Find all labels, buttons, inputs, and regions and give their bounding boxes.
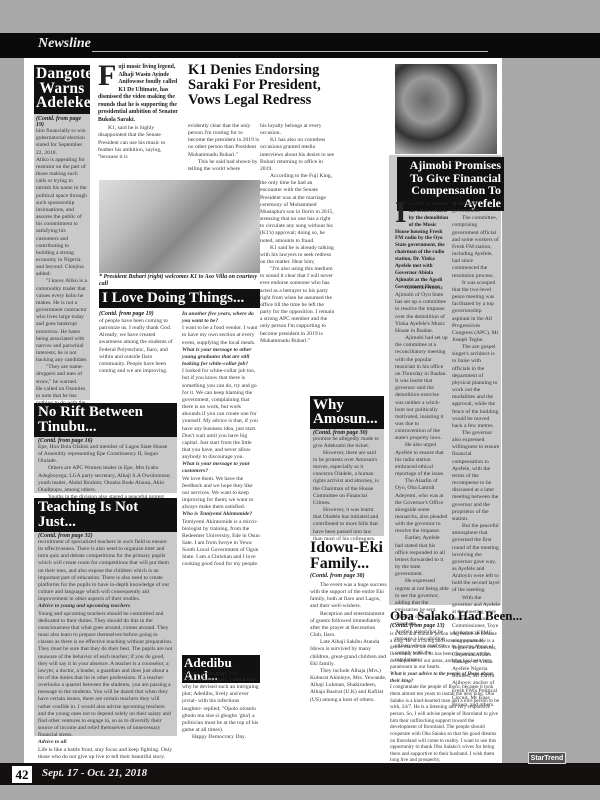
issue-date: Sept. 17 - Oct. 21, 2018 [42, 767, 147, 779]
body-dangote: him financially to win gubernatorial ele… [36, 128, 88, 436]
para-k1: K1, said he is highly disappointed that … [98, 125, 180, 161]
headline-tinubu: No Rift Between Tinubu... [34, 403, 177, 437]
article-dangote: Dangote Warns Adeleke... (Contd. from pa… [34, 65, 90, 400]
body-k1-col2: his loyalty belongs at every occasion. K… [260, 123, 335, 345]
publication-logo: StarTrend [528, 752, 566, 764]
section-title: Newsline [38, 36, 91, 52]
page-number: 42 [12, 766, 32, 783]
headline-dangote: Dangote Warns Adeleke... [34, 65, 90, 114]
body-idowu: The event was a huge success with the su… [310, 582, 388, 704]
caption-k1: * President Buhari (right) welcomes K1 t… [99, 274, 260, 288]
contd-love: (Contd. from page 19) [99, 311, 179, 317]
body-k1-col1: evidently clear that the only person I'm… [188, 123, 260, 173]
body-love-col1: of people have been coming to patronize … [99, 318, 177, 375]
photo-buhari-k1 [99, 180, 260, 273]
contd-oba: (Contd. from page 13) [390, 623, 500, 629]
section-header-band: Newsline [0, 33, 600, 58]
headline-k1: K1 Denies Endorsing Saraki For President… [188, 63, 338, 109]
contd-dangote: (Contd. from page 19) [36, 116, 88, 128]
article-oba: Oba Salako Had Been... (Contd. from page… [390, 609, 500, 764]
contd-idowu: (Contd. from page 38) [310, 573, 388, 579]
article-adedibu: (Contd. from page 33) In his twilight ye… [182, 671, 260, 741]
body-amosun: promise he allegedly made to give Adekun… [313, 436, 381, 543]
body-adedibu: In his twilight years, I asked him why h… [182, 677, 260, 741]
header-rule [92, 51, 488, 52]
body-oba: is a kind and humble person long before … [390, 631, 500, 764]
article-amosun: Why Amosun... (Contd. from page 30) prom… [310, 396, 384, 536]
dropcap-i: I [395, 201, 407, 225]
photo-ajimobi-ayefele [395, 64, 497, 154]
body-teaching: recruitment of specialized teachers in s… [38, 539, 173, 761]
article-teaching: Teaching Is Not Just... (Contd. from pag… [34, 498, 177, 736]
article-k1-lede: F uji music living legend, Alhaji Wasiu … [98, 64, 180, 176]
dropcap-f: F [98, 64, 116, 88]
headline-idowu: Idowu-Eki Family... [310, 540, 388, 572]
headline-amosun: Why Amosun... [310, 396, 384, 429]
article-idowu: Idowu-Eki Family... (Contd. from page 38… [310, 540, 388, 704]
article-tinubu: No Rift Between Tinubu... (Contd. from p… [34, 403, 177, 493]
headline-oba: Oba Salako Had Been... [390, 609, 500, 622]
ajimobi-lede: I n a bid to resolve the crisis created … [395, 201, 449, 290]
headline-love: I Love Doing Things... [99, 289, 260, 308]
body-love-col2: In another five years, where do you want… [182, 311, 260, 569]
headline-teaching: Teaching Is Not Just... [34, 498, 177, 532]
